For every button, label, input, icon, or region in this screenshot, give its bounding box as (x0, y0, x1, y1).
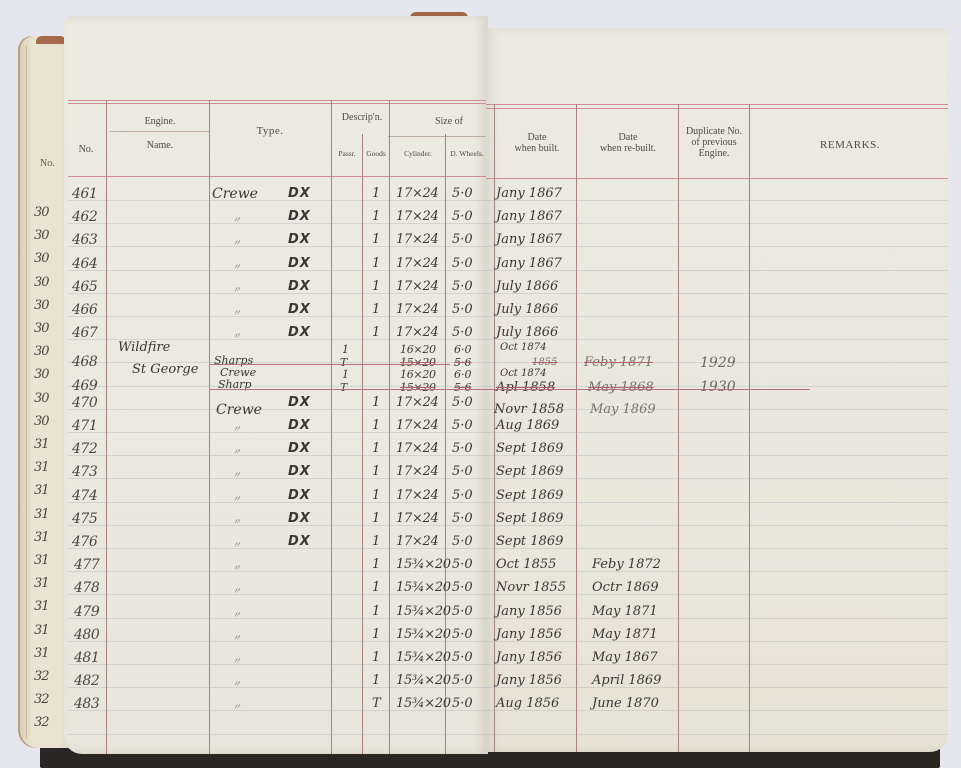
cylinder-size: 17×24 (396, 464, 438, 479)
ditto-mark: 〃 (232, 422, 241, 435)
previous-page-row-number: 31 (34, 623, 49, 638)
engine-class: DX (288, 279, 311, 294)
date-built: Oct 1855 (496, 557, 556, 572)
engine-number: 475 (72, 511, 97, 527)
header-date-built: Date when built. (498, 132, 576, 154)
cylinder-size: 17×24 (396, 186, 438, 201)
engine-number: 461 (72, 186, 97, 202)
cylinder-size: 15¾×20 (396, 673, 451, 688)
previous-page-row-number: 31 (34, 576, 49, 591)
date-built: Sept 1869 (496, 488, 563, 503)
date-built: Sept 1869 (496, 511, 563, 526)
header-duplicate-line1: Duplicate No. (678, 126, 750, 137)
cylinder-size: 17×24 (396, 534, 438, 549)
engine-class: DX (288, 464, 311, 479)
date-built: Aug 1869 (496, 418, 559, 433)
header-name: Name. (110, 140, 210, 151)
header-date-built-line1: Date (498, 132, 576, 143)
engine-type: Crewe (212, 186, 258, 202)
built-470: Novr 1858 (494, 402, 564, 417)
date-built: Sept 1869 (496, 441, 563, 456)
driving-wheel-size: 5·0 (452, 279, 473, 294)
ditto-mark: 〃 (232, 236, 241, 249)
previous-page-row-number: 30 (34, 367, 49, 382)
previous-page-row-number: 30 (34, 391, 49, 406)
engine-class: DX (288, 395, 311, 410)
engine-number: 468 (72, 354, 97, 370)
engine-number: 467 (72, 325, 97, 341)
previous-page-row-number: 30 (34, 251, 49, 266)
cylinder-size: 15¾×20 (396, 696, 451, 711)
driving-wheel-size: 5·0 (452, 488, 473, 503)
previous-page-row-number: 32 (34, 715, 49, 730)
goods-mark: 1 (372, 488, 380, 503)
date-rebuilt: April 1869 (592, 673, 661, 688)
engine-number: 479 (74, 604, 99, 620)
cylinder-size: 17×24 (396, 418, 438, 433)
strike-line-468 (210, 364, 450, 365)
engine-number: 472 (72, 441, 97, 457)
goods-mark: 1 (372, 395, 380, 410)
whl-468-a: 6·0 (454, 343, 472, 356)
engine-class: DX (288, 256, 311, 271)
binding-tab (36, 36, 66, 44)
engine-number: 464 (72, 256, 97, 272)
ditto-mark: 〃 (232, 561, 241, 574)
date-built: July 1866 (496, 302, 558, 317)
engine-number: 478 (74, 580, 99, 596)
cylinder-size: 17×24 (396, 395, 438, 410)
goods-mark: 1 (372, 418, 380, 433)
header-description: Descrip'n. (334, 112, 390, 123)
engine-class: DX (288, 232, 311, 247)
ditto-mark: 〃 (232, 654, 241, 667)
ditto-mark: 〃 (232, 515, 241, 528)
previous-page-row-number: 31 (34, 553, 49, 568)
header-type: Type. (210, 126, 330, 137)
ditto-mark: 〃 (232, 260, 241, 273)
date-rebuilt: May 1871 (592, 627, 658, 642)
engine-class: DX (288, 534, 311, 549)
goods-mark: 1 (372, 464, 380, 479)
driving-wheel-size: 5·0 (452, 441, 473, 456)
driving-wheel-size: 5·0 (452, 696, 473, 711)
engine-class: DX (288, 209, 311, 224)
engine-number: 473 (72, 464, 97, 480)
goods-mark: 1 (372, 580, 380, 595)
rebuilt-468: Feby 1871 (584, 355, 653, 370)
engine-number: 463 (72, 232, 97, 248)
goods-mark: 1 (372, 534, 380, 549)
ditto-mark: 〃 (232, 492, 241, 505)
driving-wheel-size: 5·0 (452, 580, 473, 595)
previous-page-row-number: 31 (34, 530, 49, 545)
previous-page-row-number: 32 (34, 669, 49, 684)
passr-469-a: 1 (342, 368, 349, 381)
built-468-b: 1855 (532, 357, 557, 368)
cylinder-size: 15¾×20 (396, 557, 451, 572)
date-built: Novr 1855 (496, 580, 566, 595)
engine-class: DX (288, 418, 311, 433)
cylinder-size: 17×24 (396, 302, 438, 317)
driving-wheel-size: 5·0 (452, 534, 473, 549)
engine-number: 476 (72, 534, 97, 550)
goods-mark: 1 (372, 209, 380, 224)
engine-number: 474 (72, 488, 97, 504)
strike-line-469 (210, 389, 810, 390)
date-rebuilt: May 1871 (592, 604, 658, 619)
engine-number: 482 (74, 673, 99, 689)
engine-class: DX (288, 488, 311, 503)
driving-wheel-size: 5·0 (452, 604, 473, 619)
driving-wheel-size: 5·0 (452, 511, 473, 526)
ditto-mark: 〃 (232, 631, 241, 644)
date-built: Jany 1856 (496, 650, 562, 665)
engine-number: 481 (74, 650, 99, 666)
cylinder-size: 15¾×20 (396, 650, 451, 665)
goods-mark: 1 (372, 441, 380, 456)
cylinder-size: 17×24 (396, 488, 438, 503)
ditto-mark: 〃 (232, 329, 241, 342)
rebuilt-469: May 1868 (588, 380, 654, 395)
cylinder-size: 15¾×20 (396, 604, 451, 619)
previous-page-row-number: 31 (34, 437, 49, 452)
date-built: July 1866 (496, 279, 558, 294)
goods-mark: 1 (372, 673, 380, 688)
previous-page-row-number: 31 (34, 599, 49, 614)
date-built: Jany 1856 (496, 627, 562, 642)
cyl-468-a: 16×20 (400, 343, 436, 356)
engine-number: 462 (72, 209, 97, 225)
engine-class: DX (288, 511, 311, 526)
previous-page-no-header: No. (40, 158, 55, 169)
previous-page-row-number: 32 (34, 692, 49, 707)
cylinder-size: 17×24 (396, 209, 438, 224)
date-rebuilt: May 1867 (592, 650, 658, 665)
header-cylinder: Cylinder. (391, 148, 445, 159)
engine-class: DX (288, 441, 311, 456)
goods-mark: 1 (372, 627, 380, 642)
cylinder-size: 17×24 (396, 279, 438, 294)
duplicate-468: 1929 (700, 355, 736, 371)
built-469-b: Apl 1858 (496, 380, 555, 395)
engine-number: 483 (74, 696, 99, 712)
header-engine: Engine. (110, 116, 210, 127)
driving-wheel-size: 5·0 (452, 557, 473, 572)
driving-wheel-size: 5·0 (452, 650, 473, 665)
driving-wheel-size: 5·0 (452, 232, 473, 247)
ditto-mark: 〃 (232, 584, 241, 597)
header-duplicate-line3: Engine. (678, 148, 750, 159)
ditto-mark: 〃 (232, 283, 241, 296)
built-469-a: Oct 1874 (500, 368, 546, 379)
driving-wheel-size: 5·0 (452, 673, 473, 688)
goods-mark: 1 (372, 256, 380, 271)
whl-469-b: 5·6 (454, 381, 472, 394)
cylinder-size: 15¾×20 (396, 580, 451, 595)
goods-mark: 1 (372, 232, 380, 247)
date-built: Sept 1869 (496, 534, 563, 549)
date-built: Jany 1867 (496, 186, 562, 201)
goods-mark: 1 (372, 557, 380, 572)
cylinder-size: 15¾×20 (396, 627, 451, 642)
ditto-mark: 〃 (232, 445, 241, 458)
cyl-469-a: 16×20 (400, 368, 436, 381)
engine-number: 471 (72, 418, 97, 434)
header-date-rebuilt-line2: when re-built. (578, 143, 678, 154)
goods-mark: 1 (372, 325, 380, 340)
previous-page-row-number: 30 (34, 228, 49, 243)
goods-mark: 1 (372, 511, 380, 526)
engine-number: 469 (72, 378, 97, 394)
previous-page-row-number: 31 (34, 507, 49, 522)
type-crewe-470: Crewe (216, 402, 262, 418)
cylinder-size: 17×24 (396, 511, 438, 526)
previous-page-row-number: 30 (34, 321, 49, 336)
ditto-mark: 〃 (232, 700, 241, 713)
built-468-a: Oct 1874 (500, 342, 546, 353)
header-no: No. (64, 144, 108, 155)
date-built: Jany 1867 (496, 209, 562, 224)
cylinder-size: 17×24 (396, 256, 438, 271)
header-remarks: REMARKS. (750, 140, 950, 151)
previous-page-row-number: 30 (34, 275, 49, 290)
goods-mark: 1 (372, 279, 380, 294)
ditto-mark: 〃 (232, 608, 241, 621)
header-goods: Goods (362, 148, 390, 159)
date-rebuilt: June 1870 (592, 696, 659, 711)
header-passenger: Passr. (332, 148, 362, 159)
driving-wheel-size: 5·0 (452, 209, 473, 224)
engine-number: 477 (74, 557, 99, 573)
engine-number: 466 (72, 302, 97, 318)
driving-wheel-size: 5·0 (452, 186, 473, 201)
date-built: Sept 1869 (496, 464, 563, 479)
goods-mark: 1 (372, 302, 380, 317)
whl-469-a: 6·0 (454, 368, 472, 381)
goods-mark: 1 (372, 186, 380, 201)
ditto-mark: 〃 (232, 213, 241, 226)
previous-page-row-number: 31 (34, 460, 49, 475)
engine-number: 470 (72, 395, 97, 411)
previous-page-row-number: 30 (34, 205, 49, 220)
driving-wheel-size: 5·0 (452, 256, 473, 271)
header-size-of: Size of (414, 116, 484, 127)
header-date-rebuilt-line1: Date (578, 132, 678, 143)
date-built: Jany 1867 (496, 232, 562, 247)
passr-469-b: T (340, 381, 347, 394)
date-built: July 1866 (496, 325, 558, 340)
driving-wheel-size: 5·0 (452, 325, 473, 340)
driving-wheel-size: 5·0 (452, 302, 473, 317)
ditto-mark: 〃 (232, 538, 241, 551)
header-date-built-line2: when built. (498, 143, 576, 154)
date-built: Jany 1867 (496, 256, 562, 271)
date-built: Aug 1856 (496, 696, 559, 711)
cylinder-size: 17×24 (396, 441, 438, 456)
date-rebuilt: Octr 1869 (592, 580, 659, 595)
driving-wheel-size: 5·0 (452, 395, 473, 410)
engine-class: DX (288, 325, 311, 340)
previous-page-row-number: 31 (34, 646, 49, 661)
cylinder-size: 17×24 (396, 232, 438, 247)
passr-468-a: 1 (342, 343, 349, 356)
header-driving-wheels: D. Wheels. (445, 148, 489, 159)
driving-wheel-size: 5·0 (452, 627, 473, 642)
engine-name-wildfire: Wildfire (118, 340, 170, 355)
cyl-469-b: 15×20 (400, 381, 436, 394)
driving-wheel-size: 5·0 (452, 464, 473, 479)
engine-class: DX (288, 302, 311, 317)
previous-page-row-number: 30 (34, 344, 49, 359)
engine-number: 465 (72, 279, 97, 295)
header-duplicate-line2: of previous (678, 137, 750, 148)
goods-mark: T (372, 696, 381, 711)
date-built: Jany 1856 (496, 604, 562, 619)
goods-mark: 1 (372, 604, 380, 619)
header-duplicate-no: Duplicate No. of previous Engine. (678, 126, 750, 159)
rebuilt-470: May 1869 (590, 402, 656, 417)
driving-wheel-size: 5·0 (452, 418, 473, 433)
engine-class: DX (288, 186, 311, 201)
date-built: Jany 1856 (496, 673, 562, 688)
engine-number: 480 (74, 627, 99, 643)
duplicate-469: 1930 (700, 379, 736, 395)
cylinder-size: 17×24 (396, 325, 438, 340)
ditto-mark: 〃 (232, 468, 241, 481)
engine-name-st-george: St George (132, 362, 198, 377)
goods-mark: 1 (372, 650, 380, 665)
date-rebuilt: Feby 1872 (592, 557, 661, 572)
ditto-mark: 〃 (232, 306, 241, 319)
previous-page-row-number: 31 (34, 483, 49, 498)
previous-page-row-number: 30 (34, 298, 49, 313)
previous-page-row-number: 30 (34, 414, 49, 429)
header-date-rebuilt: Date when re-built. (578, 132, 678, 154)
ditto-mark: 〃 (232, 677, 241, 690)
